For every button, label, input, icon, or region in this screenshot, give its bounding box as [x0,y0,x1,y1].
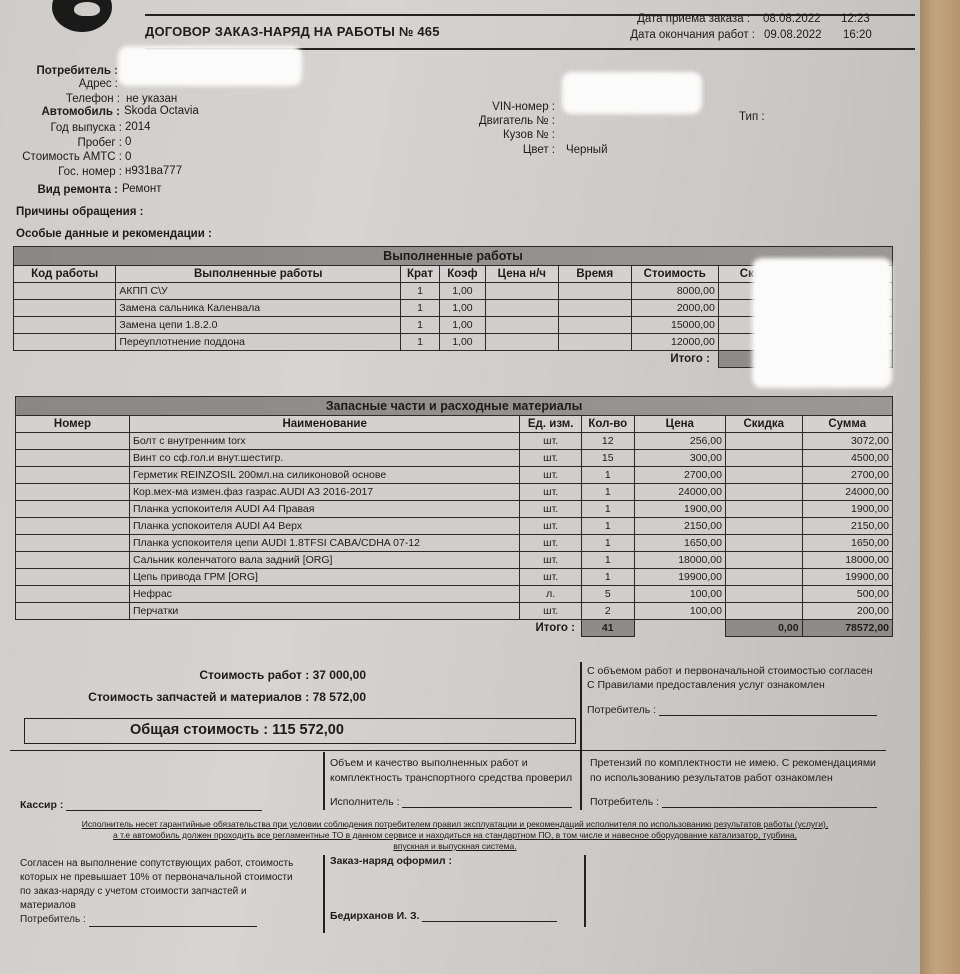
reasons-label: Причины обращения : [16,206,143,218]
part-name: Герметик REINZOSIL 200мл.на силиконовой … [129,467,519,484]
part-discount [725,501,802,518]
part-price: 1900,00 [634,501,725,518]
table-row: Кор.мех-ма измен.фаз газрас.AUDI A3 2016… [16,484,893,501]
part-unit: шт. [520,535,582,552]
issued-by-name: Бедирханов И. З. [330,910,419,922]
warranty-text: Исполнитель несет гарантийные обязательс… [30,819,880,852]
checked-line-2: комплектность транспортного средства про… [330,771,572,786]
part-num [16,552,130,569]
engine-label: Двигатель № : [440,115,555,127]
work-name: Замена цепи 1.8.2.0 [116,317,401,334]
part-qty: 1 [581,569,634,586]
mileage-value: 0 [125,136,131,148]
part-price: 256,00 [634,433,725,450]
cashier-signature-line[interactable] [66,810,262,811]
part-unit: шт. [520,569,582,586]
agreement-line-2: С Правилами предоставления услуг ознаком… [587,678,873,692]
wooden-table-background [920,0,960,974]
work-cost: 12000,00 [631,334,718,351]
part-name: Винт со сф.гол.и внут.шестигр. [129,450,519,467]
consumer-signature-line[interactable] [662,807,877,808]
work-price-nh [485,283,558,300]
part-discount [725,433,802,450]
part-qty: 1 [581,535,634,552]
claims-text: Претензий по комплектности не имею. С ре… [590,756,876,786]
claims-line-2: по использованию результатов работ ознак… [590,771,876,786]
works-cost-value: 37 000,00 [313,668,366,682]
part-num [16,433,130,450]
part-discount [725,467,802,484]
work-code [14,300,116,317]
part-sum: 3072,00 [802,433,892,450]
order-document: ДОГОВОР ЗАКАЗ-НАРЯД НА РАБОТЫ № 465 Дата… [0,0,928,974]
col-price: Цена [634,416,725,433]
part-price: 19900,00 [634,569,725,586]
part-unit: шт. [520,518,582,535]
issued-by-label: Заказ-наряд оформил : [330,855,452,867]
part-sum: 4500,00 [802,450,892,467]
col-part-number: Номер [16,416,130,433]
part-price: 24000,00 [634,484,725,501]
checked-text: Объем и качество выполненных работ и ком… [330,756,572,786]
work-code [14,283,116,300]
notes-label: Особые данные и рекомендации : [16,228,212,240]
table-row: Цепь привода ГРМ [ORG]шт.119900,0019900,… [16,569,893,586]
part-price: 2700,00 [634,467,725,484]
parts-table: Запасные части и расходные материалы Ном… [15,396,893,637]
extra-work-consent: Согласен на выполнение сопутствующих раб… [20,857,293,927]
col-part-sum: Сумма [802,416,892,433]
works-cost-summary: Стоимость работ : 37 000,00 [30,668,366,682]
parts-cost-value: 78 572,00 [313,690,366,704]
divider-bottom-left [323,855,325,933]
work-time [558,317,631,334]
part-num [16,501,130,518]
col-krat: Крат [401,266,440,283]
phone-label: Телефон : [10,93,120,105]
parts-cost-label: Стоимость запчастей и материалов : [88,690,309,704]
work-code [14,317,116,334]
redacted-vin [562,72,702,114]
col-part-discount: Скидка [725,416,802,433]
col-time: Время [558,266,631,283]
redacted-consumer [118,46,302,86]
repair-type-value: Ремонт [122,183,161,195]
address-label: Адрес : [10,78,118,90]
work-cost: 2000,00 [631,300,718,317]
cashier-label: Кассир : [20,799,63,811]
amts-value: 0 [125,151,131,163]
order-received-label: Дата приема заказа : [560,13,750,25]
work-code [14,334,116,351]
part-name: Сальник коленчатого вала задний [ORG] [129,552,519,569]
part-price: 2150,00 [634,518,725,535]
executor-signature-line[interactable] [402,807,572,808]
part-discount [725,552,802,569]
part-num [16,535,130,552]
part-num [16,467,130,484]
part-unit: шт. [520,501,582,518]
col-qty: Кол-во [581,416,634,433]
divider-right [580,662,582,810]
part-num [16,603,130,620]
company-logo-icon [52,0,112,32]
part-sum: 500,00 [802,586,892,603]
part-qty: 1 [581,552,634,569]
car-value: Skoda Octavia [124,105,199,117]
part-num [16,450,130,467]
checked-line-1: Объем и качество выполненных работ и [330,756,572,771]
work-time [558,334,631,351]
warranty-line-3: впускная и выпускная система. [30,841,880,852]
work-price-nh [485,334,558,351]
part-name: Кор.мех-ма измен.фаз газрас.AUDI A3 2016… [129,484,519,501]
part-unit: шт. [520,603,582,620]
table-row: Болт с внутренним torxшт.12256,003072,00 [16,433,893,450]
consumer-label: Потребитель : [10,65,118,77]
work-end-time: 16:20 [843,29,872,41]
year-label: Год выпуска : [10,122,122,134]
part-num [16,586,130,603]
table-row: Планка успокоителя AUDI A4 Верхшт.12150,… [16,518,893,535]
type-label: Тип : [739,111,765,123]
parts-total-discount: 0,00 [725,620,802,637]
consumer-signature-line[interactable] [659,715,877,716]
col-cost: Стоимость [631,266,718,283]
total-cost: Общая стоимость : 115 572,00 [130,722,344,738]
parts-total-sum: 78572,00 [802,620,892,637]
table-row: Нефрасл.5100,00500,00 [16,586,893,603]
part-unit: шт. [520,450,582,467]
part-num [16,569,130,586]
part-sum: 2700,00 [802,467,892,484]
part-discount [725,450,802,467]
part-qty: 1 [581,484,634,501]
consumer-signature-line[interactable] [89,926,257,927]
cashier-signature: Кассир : [20,799,262,811]
work-name: Замена сальника Каленвала [116,300,401,317]
vin-label: VIN-номер : [440,101,555,113]
extra-work-line-3: по заказ-наряду с учетом стоимости запча… [20,885,293,899]
color-label: Цвет : [440,144,555,156]
col-coef: Коэф [439,266,485,283]
part-sum: 18000,00 [802,552,892,569]
executor-label: Исполнитель : [330,796,400,808]
work-price-nh [485,300,558,317]
work-time [558,283,631,300]
car-label: Автомобиль : [10,106,120,118]
works-cost-label: Стоимость работ : [199,668,309,682]
work-krat: 1 [401,283,440,300]
consumer-signature-2: Потребитель : [590,796,877,808]
work-end-label: Дата окончания работ : [560,29,755,41]
part-num [16,484,130,501]
col-work-name: Выполненные работы [116,266,401,283]
order-received-date: 08.08.2022 [763,13,821,25]
part-price: 100,00 [634,586,725,603]
warranty-line-2: а т.е автомобиль должен проходить все ре… [30,830,880,841]
part-price: 18000,00 [634,552,725,569]
part-price: 300,00 [634,450,725,467]
works-total-label: Итого : [14,351,719,368]
agreement-text: С объемом работ и первоначальной стоимос… [587,664,873,692]
col-part-name: Наименование [129,416,519,433]
part-sum: 200,00 [802,603,892,620]
table-row: Перчаткишт.2100,00200,00 [16,603,893,620]
part-sum: 19900,00 [802,569,892,586]
part-sum: 2150,00 [802,518,892,535]
work-name: Переуплотнение поддона [116,334,401,351]
divider-bottom-right [584,855,586,927]
total-cost-box: Общая стоимость : 115 572,00 [24,718,576,744]
part-unit: шт. [520,433,582,450]
col-unit: Ед. изм. [520,416,582,433]
work-coef: 1,00 [439,317,485,334]
consumer-signature-label: Потребитель : [590,796,659,808]
part-unit: шт. [520,552,582,569]
total-cost-value: 115 572,00 [272,722,344,738]
work-time [558,300,631,317]
plate-value: н931ва777 [125,165,182,177]
extra-work-line-1: Согласен на выполнение сопутствующих раб… [20,857,293,871]
executor-signature: Исполнитель : [330,796,572,808]
part-sum: 1900,00 [802,501,892,518]
part-price: 100,00 [634,603,725,620]
part-price: 1650,00 [634,535,725,552]
amts-label: Стоимость АМТС : [10,151,122,163]
part-name: Перчатки [129,603,519,620]
issued-by-signature: Бедирханов И. З. [330,910,557,922]
part-name: Планка успокоителя AUDI A4 Верх [129,518,519,535]
part-name: Планка успокоителя AUDI A4 Правая [129,501,519,518]
part-unit: шт. [520,484,582,501]
part-sum: 1650,00 [802,535,892,552]
parts-section-title: Запасные части и расходные материалы [16,397,893,416]
part-discount [725,569,802,586]
part-qty: 5 [581,586,634,603]
parts-total-label: Итого : [16,620,582,637]
work-price-nh [485,317,558,334]
consumer-signature-label: Потребитель : [20,914,86,925]
part-discount [725,535,802,552]
work-krat: 1 [401,317,440,334]
table-row: Планка успокоителя цепи AUDI 1.8TFSI CAB… [16,535,893,552]
part-name: Нефрас [129,586,519,603]
part-discount [725,603,802,620]
part-unit: л. [520,586,582,603]
part-name: Цепь привода ГРМ [ORG] [129,569,519,586]
work-coef: 1,00 [439,334,485,351]
parts-total-spacer [634,620,725,637]
plate-label: Гос. номер : [10,166,122,178]
part-sum: 24000,00 [802,484,892,501]
year-value: 2014 [125,121,151,133]
work-coef: 1,00 [439,300,485,317]
part-discount [725,484,802,501]
mileage-label: Пробег : [10,137,122,149]
part-name: Планка успокоителя цепи AUDI 1.8TFSI CAB… [129,535,519,552]
work-cost: 8000,00 [631,283,718,300]
part-num [16,518,130,535]
parts-cost-summary: Стоимость запчастей и материалов : 78 57… [30,690,366,704]
parts-header-row: Номер Наименование Ед. изм. Кол-во Цена … [16,416,893,433]
color-value: Черный [566,144,608,156]
consumer-signature-label: Потребитель : [587,704,656,716]
consumer-signature-1: Потребитель : [587,704,877,716]
table-row: Герметик REINZOSIL 200мл.на силиконовой … [16,467,893,484]
part-unit: шт. [520,467,582,484]
part-name: Болт с внутренним torx [129,433,519,450]
work-name: АКПП С\У [116,283,401,300]
work-coef: 1,00 [439,283,485,300]
redacted-column [752,258,892,388]
work-krat: 1 [401,300,440,317]
work-cost: 15000,00 [631,317,718,334]
extra-work-line-2: которых не превышает 10% от первоначальн… [20,871,293,885]
repair-type-label: Вид ремонта : [10,184,118,196]
part-qty: 12 [581,433,634,450]
agreement-line-1: С объемом работ и первоначальной стоимос… [587,664,873,678]
table-row: Сальник коленчатого вала задний [ORG]шт.… [16,552,893,569]
parts-total-row: Итого :410,0078572,00 [16,620,893,637]
warranty-line-1: Исполнитель несет гарантийные обязательс… [30,819,880,830]
claims-line-1: Претензий по комплектности не имею. С ре… [590,756,876,771]
part-qty: 2 [581,603,634,620]
issued-by-signature-line[interactable] [422,921,557,922]
part-discount [725,586,802,603]
part-discount [725,518,802,535]
part-qty: 15 [581,450,634,467]
table-row: Винт со сф.гол.и внут.шестигр.шт.15300,0… [16,450,893,467]
table-row: Планка успокоителя AUDI A4 Праваяшт.1190… [16,501,893,518]
parts-total-qty: 41 [581,620,634,637]
part-qty: 1 [581,501,634,518]
part-qty: 1 [581,467,634,484]
col-work-code: Код работы [14,266,116,283]
document-title: ДОГОВОР ЗАКАЗ-НАРЯД НА РАБОТЫ № 465 [145,24,440,39]
divider-middle [323,752,325,810]
order-received-time: 12:23 [841,13,870,25]
signature-rule [10,750,886,751]
work-end-date: 09.08.2022 [764,29,822,41]
phone-value: не указан [126,93,177,105]
col-price-nh: Цена н/ч [485,266,558,283]
consumer-signature-3: Потребитель : [20,913,293,927]
extra-work-line-4: материалов [20,899,293,913]
body-label: Кузов № : [440,129,555,141]
part-qty: 1 [581,518,634,535]
total-cost-label: Общая стоимость : [130,722,268,738]
work-krat: 1 [401,334,440,351]
